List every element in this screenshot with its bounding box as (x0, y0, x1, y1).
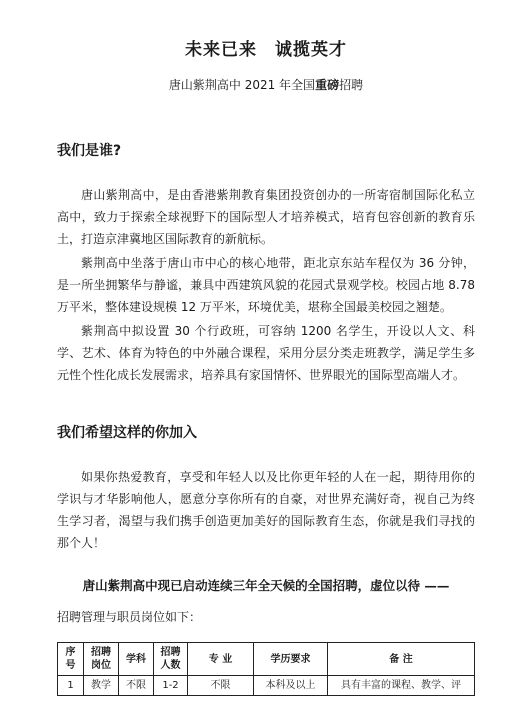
header-cell-index: 序号 (58, 643, 84, 676)
table-row: 1 教学 不限 1-2 不限 本科及以上 具有丰富的课程、教学、评 (58, 676, 475, 696)
paragraph-curriculum: 紫荆高中拟设置 30 个行政班，可容纳 1200 名学生，开设以人文、科学、艺术… (57, 320, 475, 386)
paragraph-join-us: 如果你热爱教育，享受和年轻人以及比你更年轻的人在一起，期待用你的学识与才华影响他… (57, 466, 475, 554)
table-header-row: 序号 招聘岗位 学科 招聘人数 专 业 学历要求 备 注 (58, 643, 475, 676)
header-cell-headcount: 招聘人数 (154, 643, 188, 676)
cell-remark: 具有丰富的课程、教学、评 (328, 676, 475, 696)
section-heading-join-us: 我们希望这样的你加入 (57, 423, 475, 443)
cell-index: 1 (58, 676, 84, 696)
recruitment-callout: 唐山紫荆高中现已启动连续三年全天候的全国招聘，虚位以待 —— (57, 577, 475, 595)
section-heading-who-we-are: 我们是谁? (57, 141, 475, 161)
doc-subtitle-suffix: 招聘 (339, 78, 363, 92)
paragraph-intro-school: 唐山紫荆高中，是由香港紫荆教育集团投资创办的一所寄宿制国际化私立高中，致力于探索… (57, 184, 475, 250)
cell-headcount: 1-2 (154, 676, 188, 696)
doc-subtitle: 唐山紫荆高中 2021 年全国重磅招聘 (57, 77, 475, 94)
document-page: 未来已来 诚揽英才 唐山紫荆高中 2021 年全国重磅招聘 我们是谁? 唐山紫荆… (0, 0, 532, 715)
header-cell-remark: 备 注 (328, 643, 475, 676)
table-intro: 招聘管理与职员岗位如下： (57, 609, 475, 626)
cell-position: 教学 (84, 676, 119, 696)
doc-title: 未来已来 诚揽英才 (57, 38, 475, 62)
header-cell-education: 学历要求 (254, 643, 328, 676)
doc-subtitle-prefix: 唐山紫荆高中 2021 年全国 (169, 78, 315, 92)
header-cell-subject: 学科 (119, 643, 154, 676)
cell-education: 本科及以上 (254, 676, 328, 696)
doc-subtitle-emphasis: 重磅 (315, 78, 339, 92)
header-cell-major: 专 业 (188, 643, 254, 676)
header-cell-position: 招聘岗位 (84, 643, 119, 676)
paragraph-campus: 紫荆高中坐落于唐山市中心的核心地带，距北京东站车程仅为 36 分钟，是一所坐拥繁… (57, 252, 475, 318)
positions-table: 序号 招聘岗位 学科 招聘人数 专 业 学历要求 备 注 1 教学 不限 1-2… (57, 642, 475, 696)
cell-major: 不限 (188, 676, 254, 696)
cell-subject: 不限 (119, 676, 154, 696)
